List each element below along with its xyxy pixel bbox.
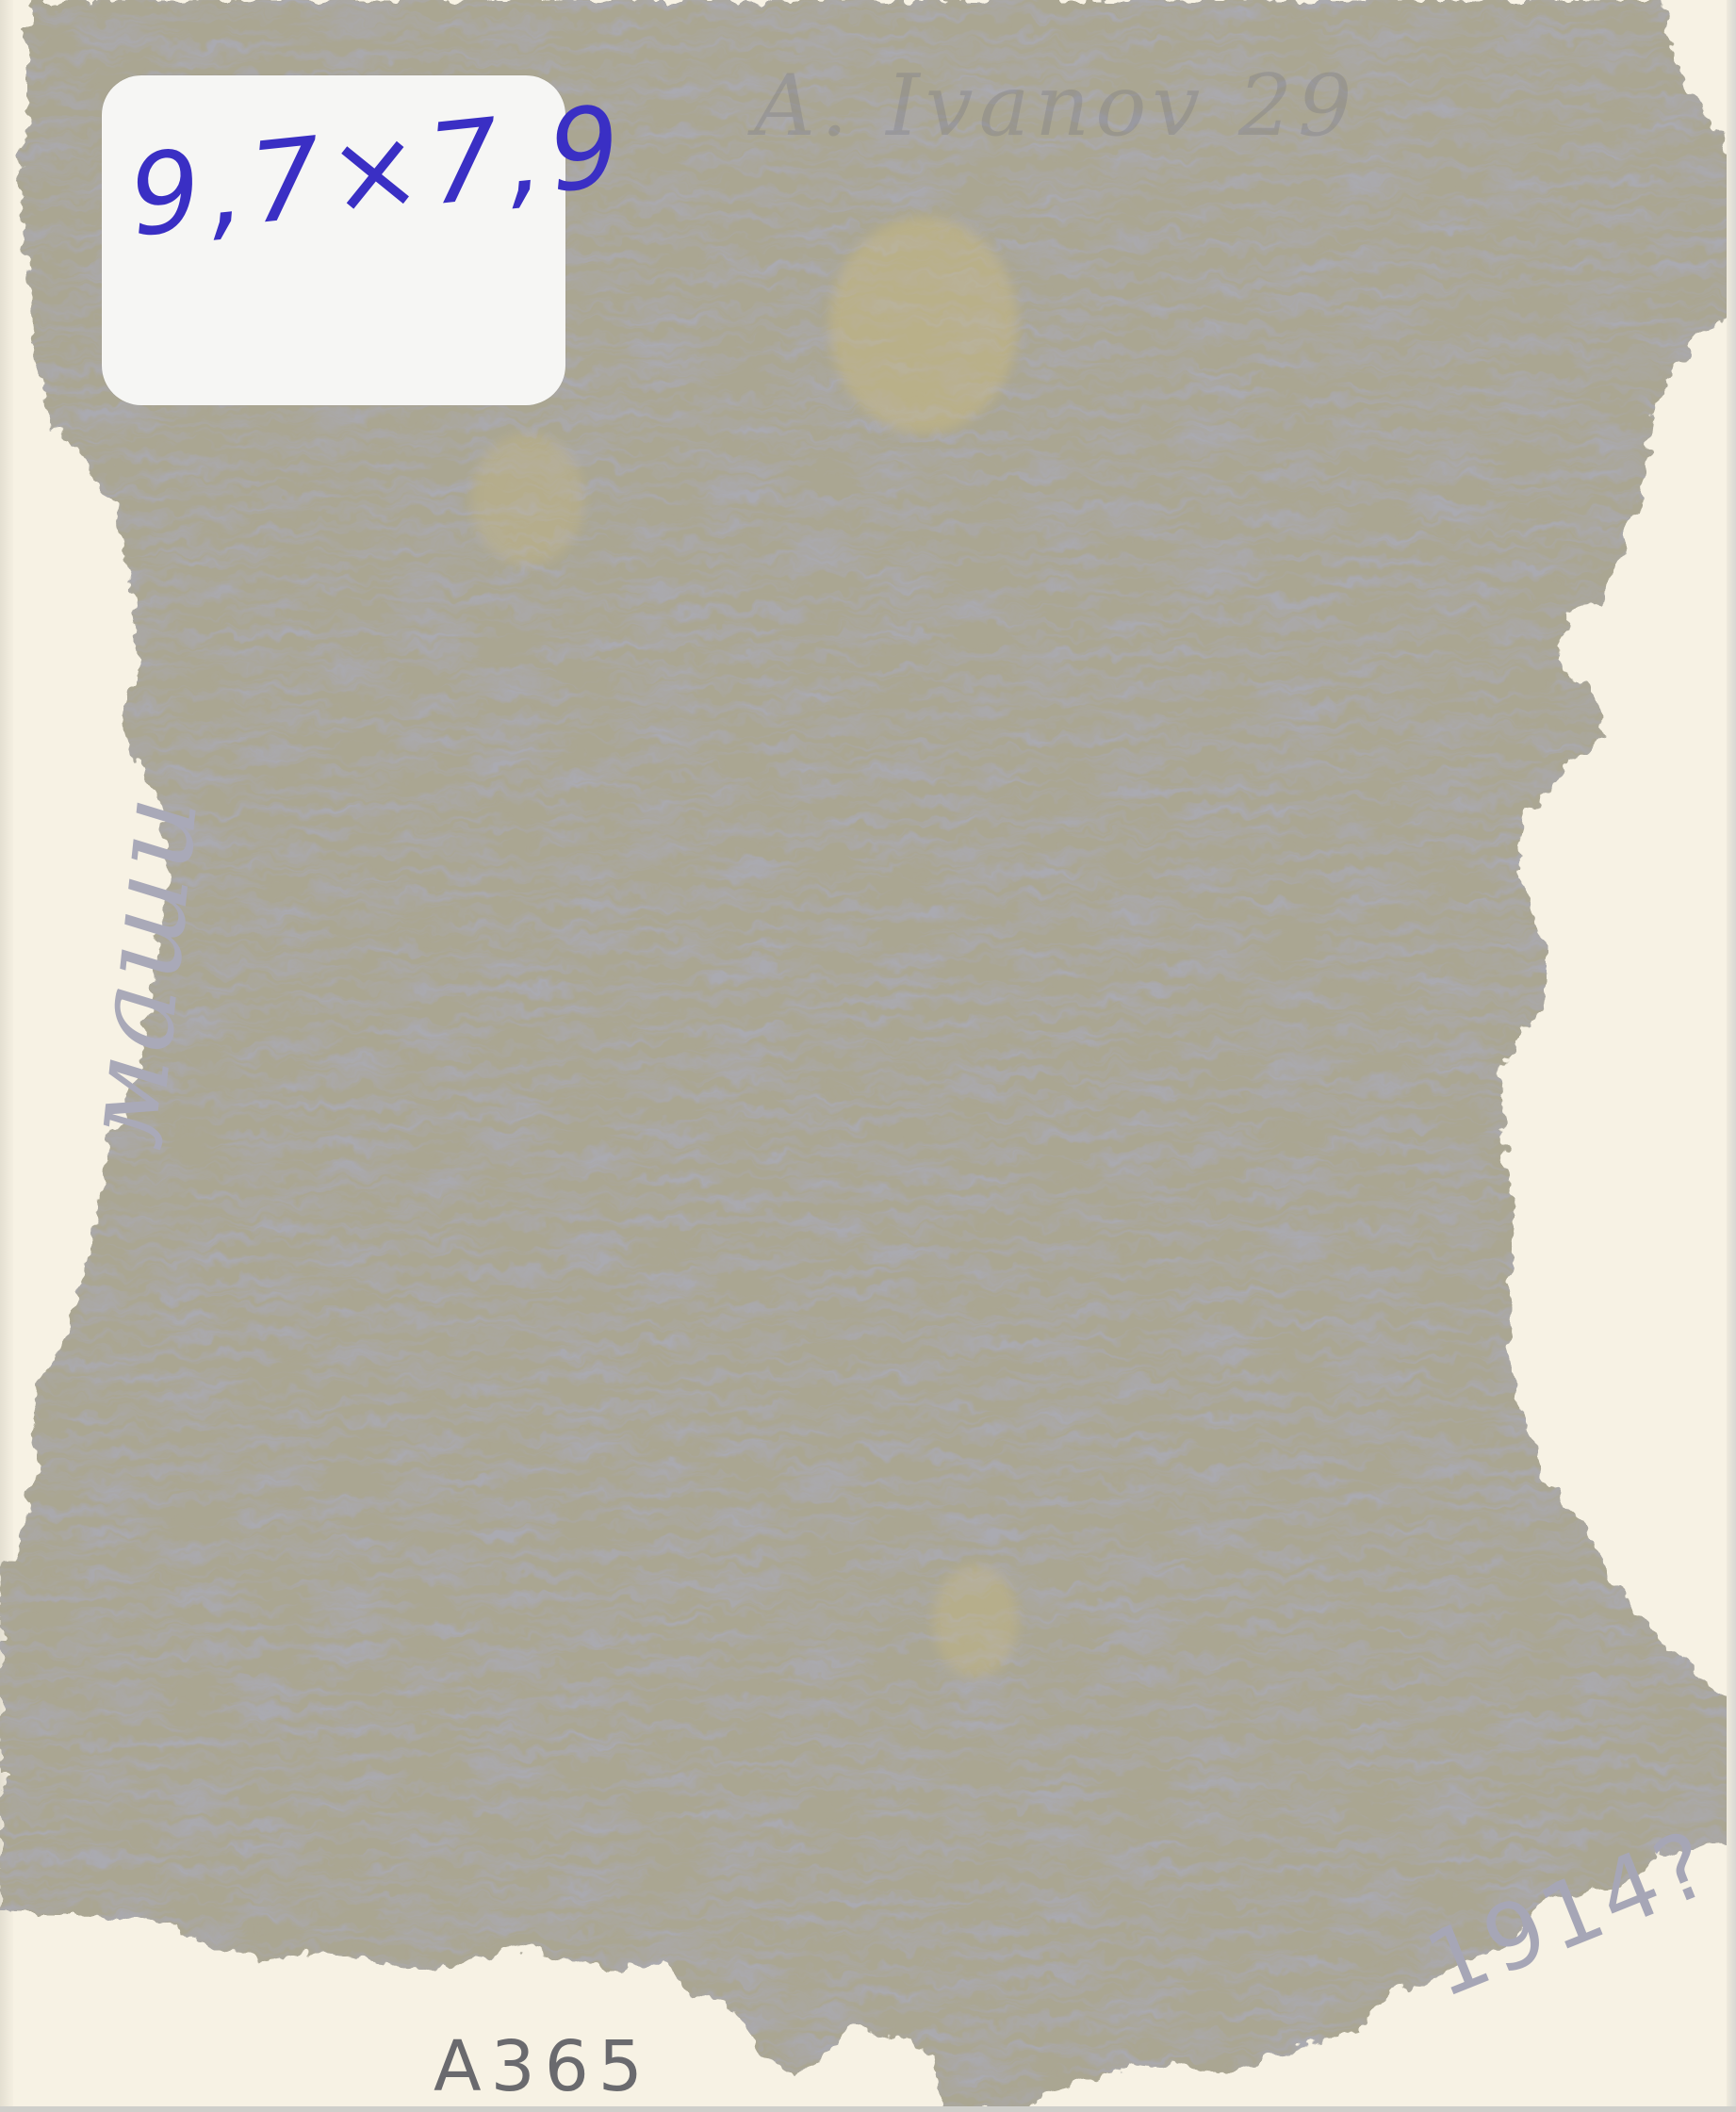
size-label-text: 9,7×7,9 [123, 88, 559, 261]
yellow-stain [471, 434, 584, 565]
faint-top-inscription: A. Ivanov 29 [754, 57, 1357, 156]
scanner-edge-right [1727, 0, 1736, 2112]
scanned-card: A. Ivanov 29 9,7×7,9 маши A365 1914? [0, 0, 1736, 2112]
yellow-stain [933, 1564, 1018, 1678]
inventory-number: A365 [434, 2026, 652, 2107]
yellow-stain [829, 217, 1018, 434]
size-label-sticker: 9,7×7,9 [102, 75, 565, 405]
scanner-edge-bottom [0, 2106, 1736, 2112]
